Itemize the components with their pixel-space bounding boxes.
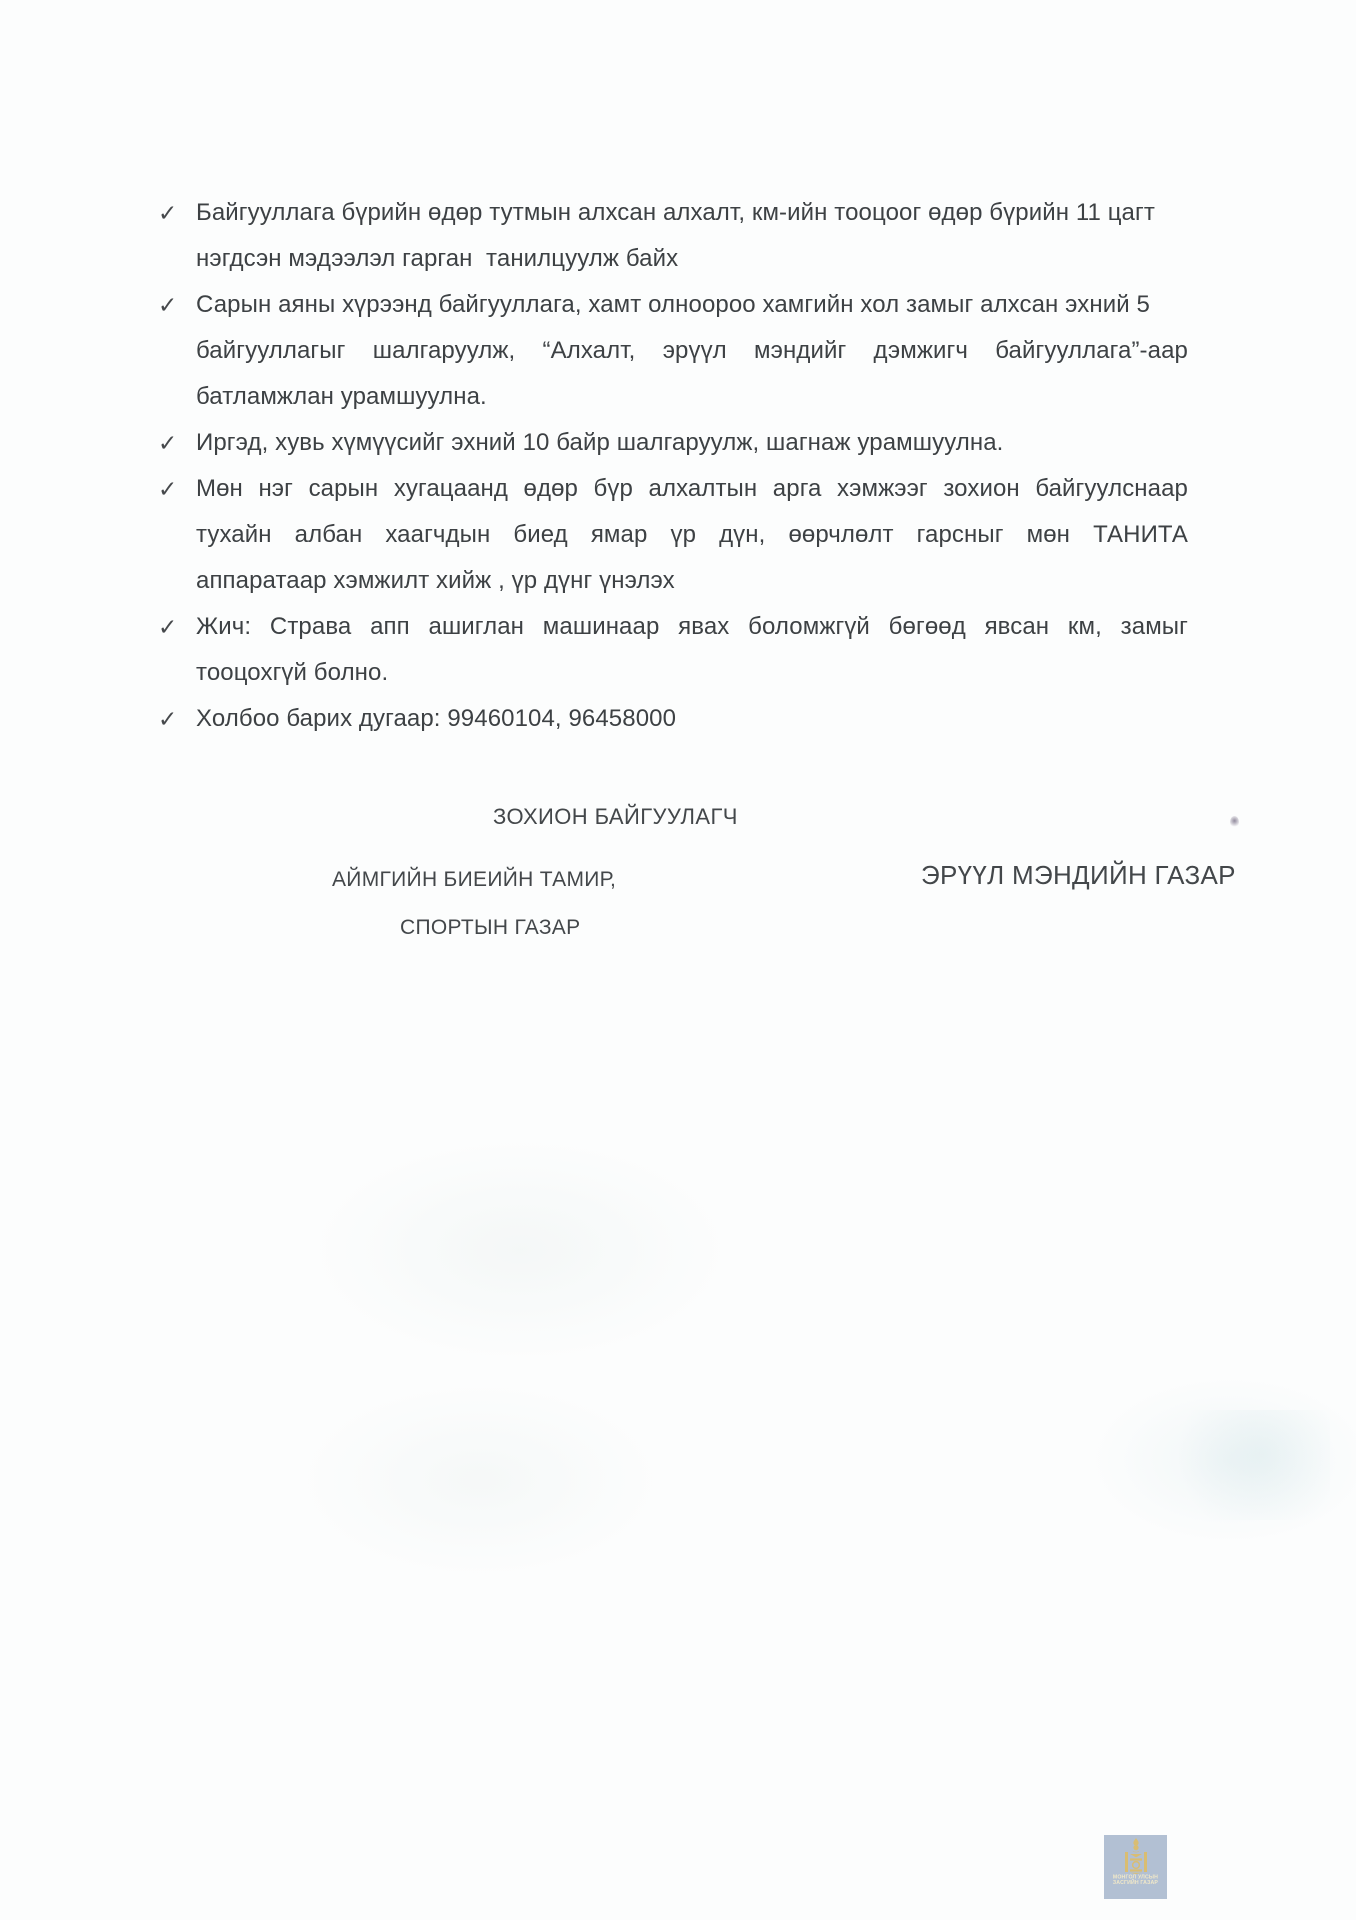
checkmark-icon: ✓ bbox=[158, 696, 196, 742]
bullet-lines: Мөн нэг сарын хугацаанд өдөр бүр алхалты… bbox=[196, 466, 1188, 604]
checkmark-icon: ✓ bbox=[158, 466, 196, 512]
bullet-text-line: Иргэд, хувь хүмүүсийг эхний 10 байр шалг… bbox=[196, 420, 1188, 466]
checkmark-icon: ✓ bbox=[158, 282, 196, 328]
organizer-heading: ЗОХИОН БАЙГУУЛАГЧ bbox=[493, 804, 738, 830]
organizer-left-org-line2: СПОРТЫН ГАЗАР bbox=[400, 916, 580, 940]
bullet-text-line: байгууллагыг шалгаруулж, “Алхалт, эрүүл … bbox=[196, 328, 1188, 374]
scan-smudge bbox=[1160, 1410, 1330, 1520]
bullet-lines: Сарын аяны хүрээнд байгууллага, хамт олн… bbox=[196, 282, 1188, 420]
bullet-text-line: нэгдсэн мэдээлэл гарган танилцуулж байх bbox=[196, 236, 1188, 282]
bullet-list: ✓Байгууллага бүрийн өдөр тутмын алхсан а… bbox=[158, 190, 1188, 742]
bullet-item: ✓Иргэд, хувь хүмүүсийг эхний 10 байр шал… bbox=[158, 420, 1188, 466]
checkmark-icon: ✓ bbox=[158, 420, 196, 466]
organizer-right-org: ЭРҮҮЛ МЭНДИЙН ГАЗАР bbox=[921, 860, 1236, 891]
bullet-text-line: тухайн албан хаагчдын биед ямар үр дүн, … bbox=[196, 512, 1188, 558]
checkmark-icon: ✓ bbox=[158, 604, 196, 650]
bullet-text-line: Жич: Страва апп ашиглан машинаар явах бо… bbox=[196, 604, 1188, 650]
bullet-item: ✓Холбоо барих дугаар: 99460104, 96458000 bbox=[158, 696, 1188, 742]
bullet-text-line: Сарын аяны хүрээнд байгууллага, хамт олн… bbox=[196, 282, 1188, 328]
bullet-item: ✓Мөн нэг сарын хугацаанд өдөр бүр алхалт… bbox=[158, 466, 1188, 604]
bullet-text-line: аппаратаар хэмжилт хийж , үр дүнг үнэлэх bbox=[196, 558, 1188, 604]
government-logo-caption: МОНГОЛ УЛСЫН ЗАСГИЙН ГАЗАР bbox=[1113, 1875, 1158, 1885]
bullet-text-line: тооцохгүй болно. bbox=[196, 650, 1188, 696]
bullet-text-line: батламжлан урамшуулна. bbox=[196, 374, 1188, 420]
bullet-text-line: Холбоо барих дугаар: 99460104, 96458000 bbox=[196, 696, 1188, 742]
bullet-text-line: Мөн нэг сарын хугацаанд өдөр бүр алхалты… bbox=[196, 466, 1188, 512]
bullet-text-line: Байгууллага бүрийн өдөр тутмын алхсан ал… bbox=[196, 190, 1188, 236]
soyombo-icon bbox=[1124, 1838, 1148, 1874]
organizer-left-org-line1: АЙМГИЙН БИЕИЙН ТАМИР, bbox=[332, 868, 616, 892]
government-logo: МОНГОЛ УЛСЫН ЗАСГИЙН ГАЗАР bbox=[1104, 1835, 1167, 1899]
checkmark-icon: ✓ bbox=[158, 190, 196, 236]
bullet-lines: Жич: Страва апп ашиглан машинаар явах бо… bbox=[196, 604, 1188, 696]
bullet-item: ✓Байгууллага бүрийн өдөр тутмын алхсан а… bbox=[158, 190, 1188, 282]
scanned-document-page: { "glyphs": { "check": "✓" }, "colors": … bbox=[0, 0, 1356, 1920]
bullet-lines: Иргэд, хувь хүмүүсийг эхний 10 байр шалг… bbox=[196, 420, 1188, 466]
bullet-lines: Байгууллага бүрийн өдөр тутмын алхсан ал… bbox=[196, 190, 1188, 282]
bullet-item: ✓Сарын аяны хүрээнд байгууллага, хамт ол… bbox=[158, 282, 1188, 420]
logo-caption-line2: ЗАСГИЙН ГАЗАР bbox=[1113, 1880, 1158, 1885]
bullet-item: ✓Жич: Страва апп ашиглан машинаар явах б… bbox=[158, 604, 1188, 696]
ink-speck bbox=[1230, 816, 1239, 828]
bullet-lines: Холбоо барих дугаар: 99460104, 96458000 bbox=[196, 696, 1188, 742]
